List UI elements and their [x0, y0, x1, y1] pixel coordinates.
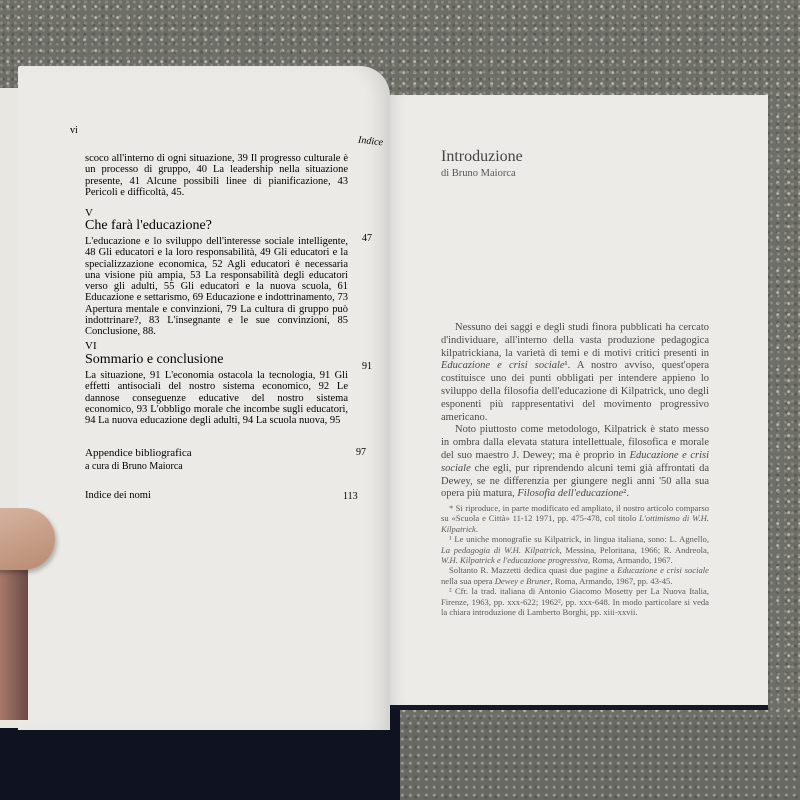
chapter-contents: La situazione, 91 L'economia ostacola la…	[85, 370, 348, 426]
appendix-page-number: 97	[356, 447, 366, 458]
chapter-title: Sommario e conclusione	[85, 352, 223, 368]
toc-index-title: Indice dei nomi	[85, 490, 151, 501]
hand-finger	[0, 560, 28, 720]
introduction-body: Nessuno dei saggi e degli studi finora p…	[441, 322, 709, 501]
toc-continuation: scoco all'interno di ogni situazione, 39…	[85, 153, 348, 198]
section-author: di Bruno Maiorca	[441, 168, 516, 179]
footnote: * Si riproduce, in parte modificato ed a…	[441, 503, 709, 534]
page-folio: vi	[70, 125, 78, 136]
chapter-title: Che farà l'educazione?	[85, 218, 212, 234]
body-paragraph: Nessuno dei saggi e degli studi finora p…	[441, 322, 709, 424]
footnotes: * Si riproduce, in parte modificato ed a…	[441, 503, 709, 617]
toc-appendix: Appendice bibliografica a cura di Bruno …	[85, 446, 192, 474]
chapter-page-number: 91	[362, 361, 372, 372]
body-paragraph: Noto piuttosto come metodologo, Kilpatri…	[441, 424, 709, 501]
appendix-subtitle: a cura di Bruno Maiorca	[85, 460, 192, 474]
chapter-number: VI	[85, 340, 97, 352]
section-title: Introduzione	[441, 148, 523, 166]
appendix-title: Appendice bibliografica	[85, 446, 192, 460]
footnote: ² Cfr. la trad. italiana di Antonio Giac…	[441, 586, 709, 617]
footnote: Soltanto R. Mazzetti dedica quasi due pa…	[441, 565, 709, 586]
chapter-page-number: 47	[362, 233, 372, 244]
footnote: ¹ Le uniche monografie su Kilpatrick, in…	[441, 534, 709, 565]
chapter-contents: L'educazione e lo sviluppo dell'interess…	[85, 236, 348, 338]
index-page-number: 113	[343, 491, 358, 502]
